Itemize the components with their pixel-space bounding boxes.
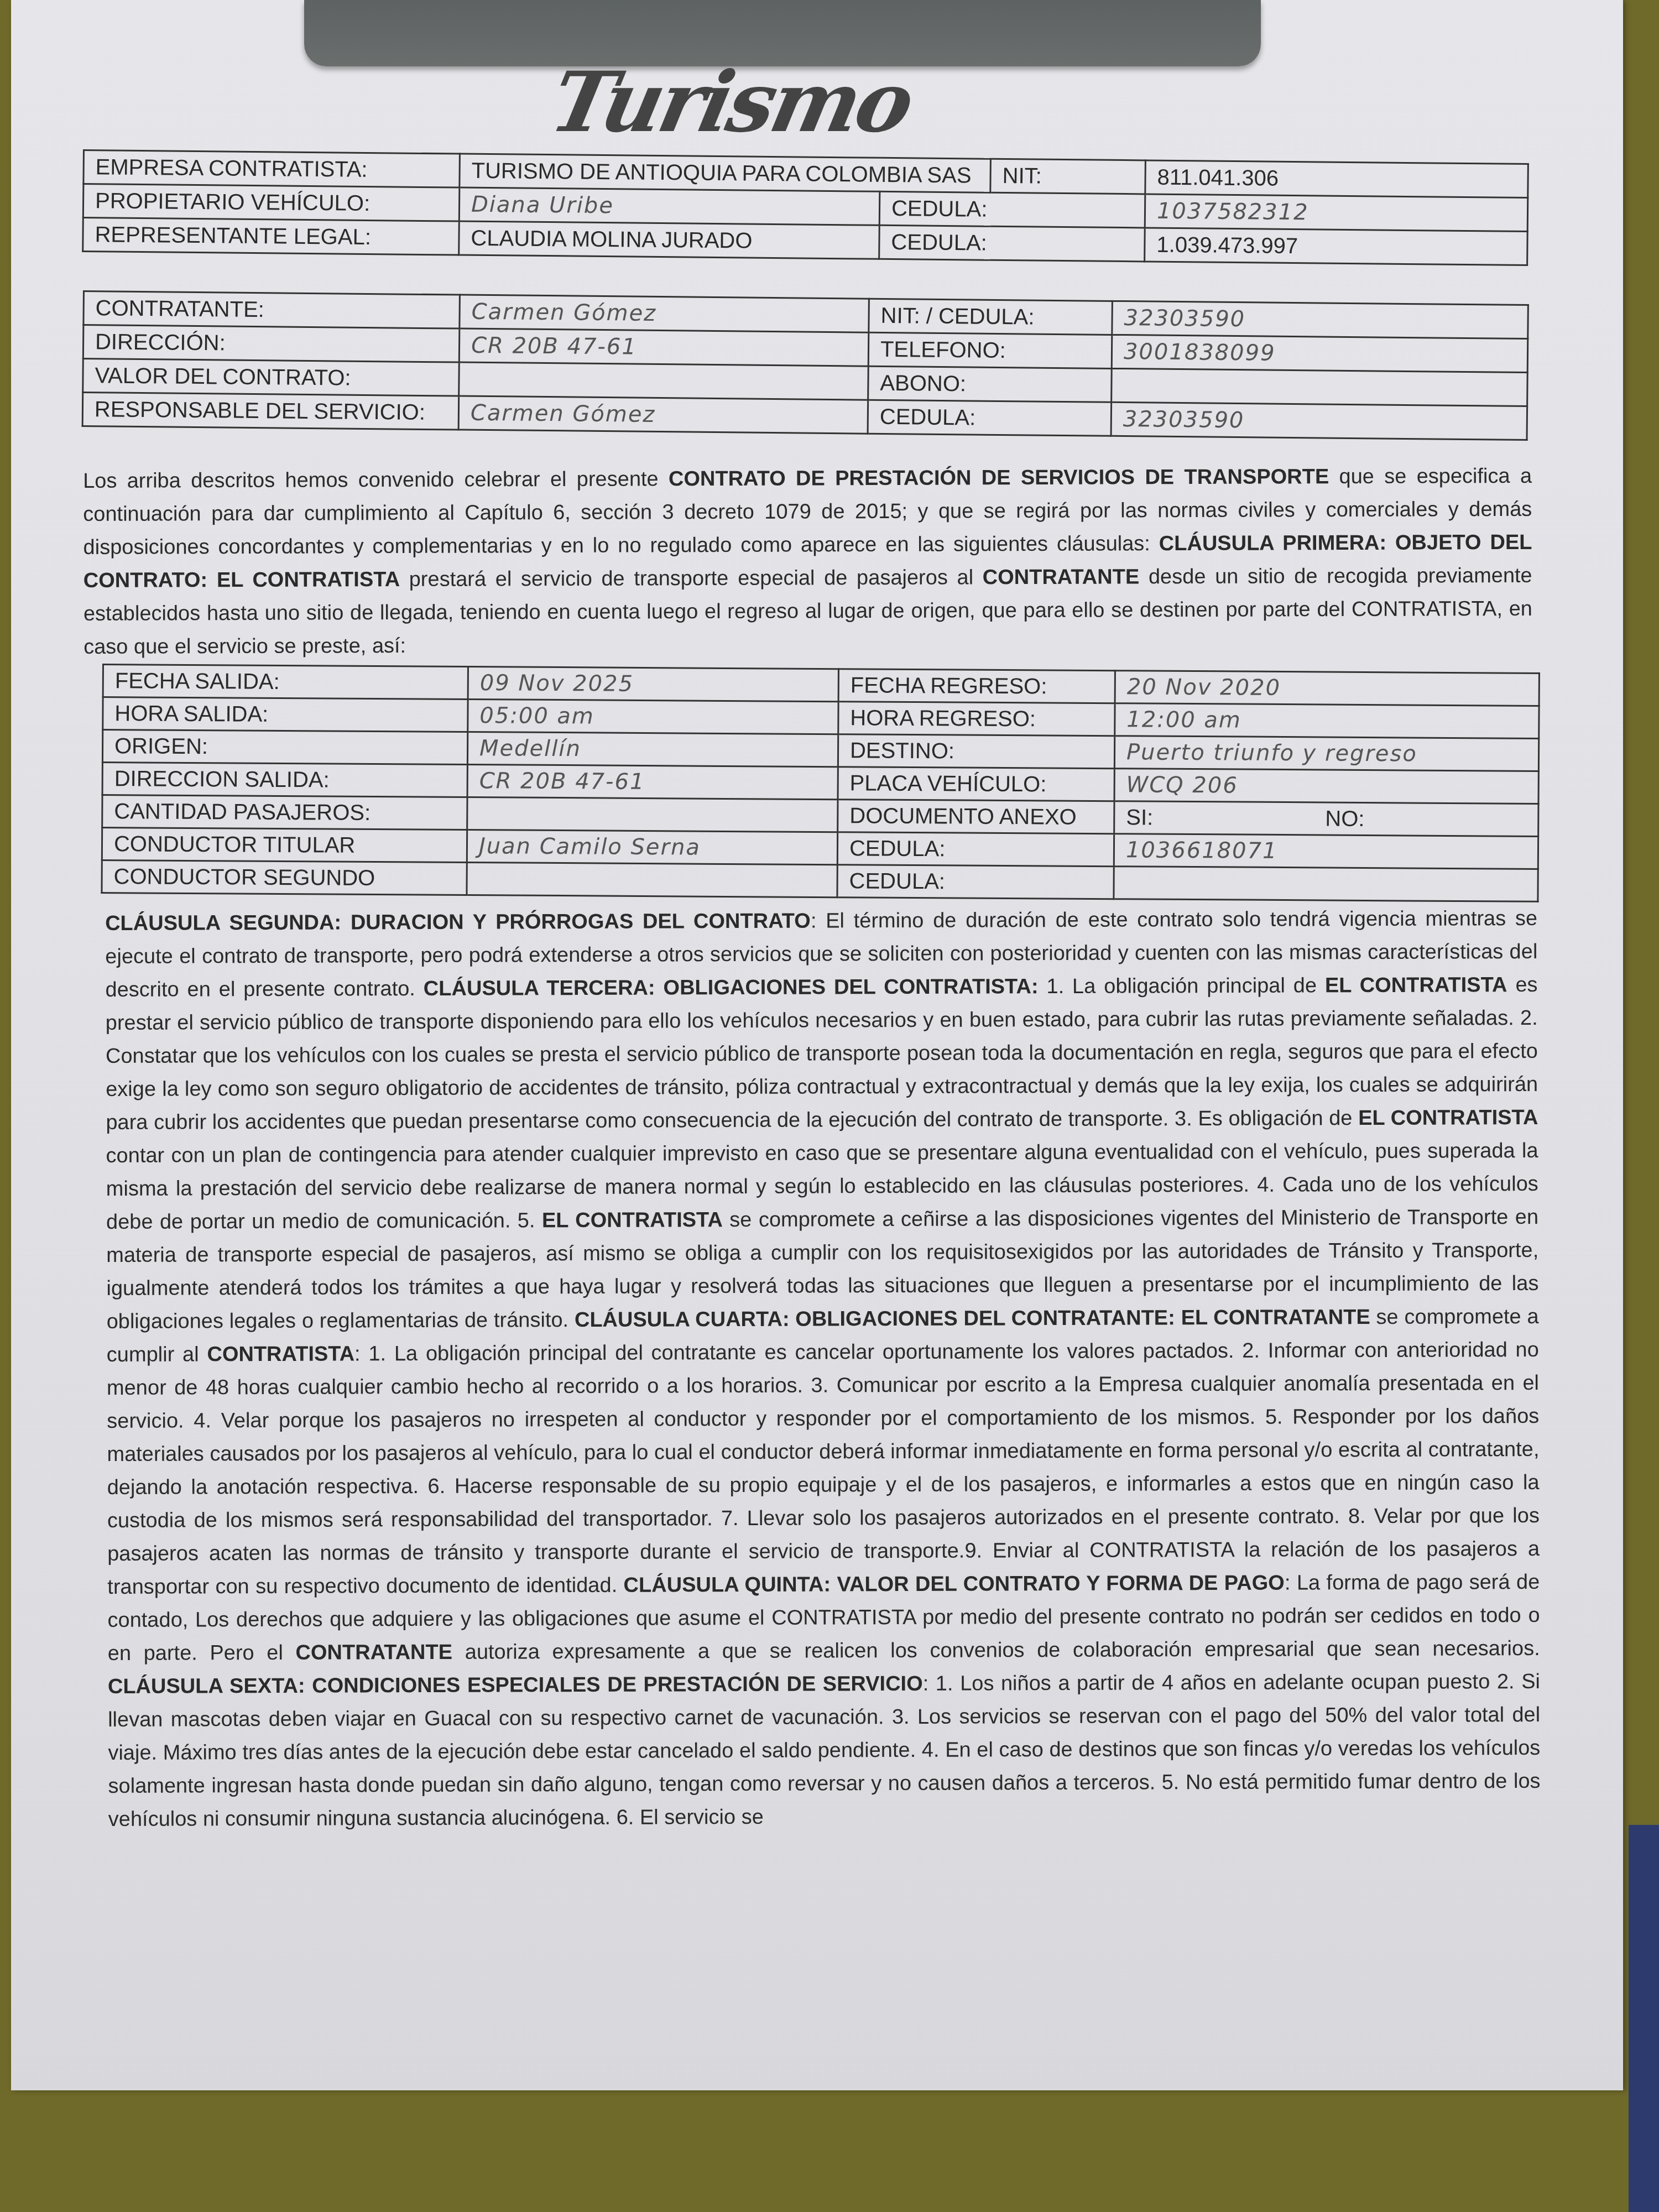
label-abono: ABONO: <box>868 366 1112 402</box>
label-contratante: CONTRATANTE: <box>84 291 460 329</box>
clause-heading: CLÁUSULA CUARTA: OBLIGACIONES DEL CONTRA… <box>575 1306 1370 1332</box>
label-conductor-segundo: CONDUCTOR SEGUNDO <box>102 860 467 895</box>
label-documento-anexo: DOCUMENTO ANEXO <box>838 800 1114 834</box>
clause-heading: CLÁUSULA TERCERA: OBLIGACIONES DEL CONTR… <box>424 975 1039 1000</box>
label-responsable: RESPONSABLE DEL SERVICIO: <box>82 393 459 430</box>
value-telefono: 3001838099 <box>1112 335 1528 372</box>
value-contratante: Carmen Gómez <box>460 295 869 332</box>
client-table: CONTRATANTE: Carmen Gómez NIT: / CEDULA:… <box>82 290 1529 441</box>
value-nit: 811.041.306 <box>1145 160 1528 198</box>
value-origen: Medellín <box>467 732 838 767</box>
label-valor: VALOR DEL CONTRATO: <box>83 359 460 397</box>
intro-text: prestará el servicio de transporte espec… <box>400 566 983 591</box>
label-representante-cedula: CEDULA: <box>879 225 1145 262</box>
documento-anexo-options: SI:NO: <box>1114 801 1538 837</box>
option-si[interactable]: SI: <box>1126 805 1325 831</box>
intro-paragraph: Los arriba descritos hemos convenido cel… <box>83 460 1532 664</box>
value-direccion: CR 20B 47-61 <box>459 328 869 366</box>
clause-text: 1. La obligación principal de <box>1038 974 1325 998</box>
clause-heading: CONTRATANTE <box>295 1641 452 1665</box>
label-conductor-titular: CONDUCTOR TITULAR <box>102 828 467 863</box>
value-cedula-titular: 1036618071 <box>1114 834 1538 869</box>
label-propietario: PROPIETARIO VEHÍCULO: <box>83 184 460 222</box>
label-destino: DESTINO: <box>838 734 1114 769</box>
clause-heading: CLÁUSULA SEGUNDA: DURACION Y PRÓRROGAS D… <box>105 910 811 935</box>
intro-contract-title: CONTRATO DE PRESTACIÓN DE SERVICIOS DE T… <box>669 465 1329 491</box>
value-propietario-cedula: 1037582312 <box>1145 194 1528 232</box>
company-logo: Turismo <box>545 64 1059 141</box>
clause-heading: CONTRATISTA <box>207 1342 354 1366</box>
value-fecha-salida: 09 Nov 2025 <box>468 667 838 702</box>
value-conductor-segundo <box>467 863 837 898</box>
background-object <box>1629 1825 1659 2212</box>
label-hora-salida: HORA SALIDA: <box>103 697 468 732</box>
clause-heading: CLÁUSULA QUINTA: VALOR DEL CONTRATO Y FO… <box>623 1572 1284 1597</box>
value-destino: Puerto triunfo y regreso <box>1114 736 1538 771</box>
intro-bold: CONTRATANTE <box>983 565 1140 589</box>
value-empresa: TURISMO DE ANTIOQUIA PARA COLOMBIA SAS <box>460 154 991 192</box>
label-nit: NIT: <box>990 159 1146 194</box>
option-no[interactable]: NO: <box>1325 806 1364 831</box>
label-fecha-salida: FECHA SALIDA: <box>103 665 468 700</box>
value-direccion-salida: CR 20B 47-61 <box>467 765 838 800</box>
company-table: EMPRESA CONTRATISTA: TURISMO DE ANTIOQUI… <box>82 149 1529 266</box>
label-empresa: EMPRESA CONTRATISTA: <box>84 150 460 188</box>
clauses-body: CLÁUSULA SEGUNDA: DURACION Y PRÓRROGAS D… <box>105 902 1541 1836</box>
value-representante-cedula: 1.039.473.997 <box>1145 228 1528 265</box>
value-hora-salida: 05:00 am <box>468 700 838 734</box>
trip-table: FECHA SALIDA: 09 Nov 2025 FECHA REGRESO:… <box>101 664 1540 902</box>
value-nit-cedula: 32303590 <box>1112 301 1528 338</box>
label-responsable-cedula: CEDULA: <box>868 400 1112 436</box>
intro-text: Los arriba descritos hemos convenido cel… <box>83 467 669 493</box>
label-hora-regreso: HORA REGRESO: <box>838 702 1115 736</box>
value-abono <box>1112 368 1528 406</box>
label-nit-cedula: NIT: / CEDULA: <box>869 299 1113 335</box>
value-cedula-segundo <box>1114 867 1538 902</box>
value-hora-regreso: 12:00 am <box>1115 703 1539 739</box>
clause-heading: CLÁUSULA SEXTA: CONDICIONES ESPECIALES D… <box>108 1672 923 1698</box>
label-propietario-cedula: CEDULA: <box>879 191 1145 228</box>
value-responsable: Carmen Gómez <box>458 396 868 434</box>
clause-text: : 1. La obligación principal del contrat… <box>107 1338 1540 1599</box>
value-fecha-regreso: 20 Nov 2020 <box>1115 671 1539 706</box>
label-fecha-regreso: FECHA REGRESO: <box>838 669 1115 703</box>
value-conductor-titular: Juan Camilo Serna <box>467 830 837 865</box>
label-origen: ORIGEN: <box>102 730 467 765</box>
value-placa: WCQ 206 <box>1114 769 1538 804</box>
value-representante: CLAUDIA MOLINA JURADO <box>459 221 880 259</box>
label-cedula-segundo: CEDULA: <box>837 865 1114 899</box>
clause-heading: EL CONTRATISTA <box>1325 973 1507 997</box>
label-direccion: DIRECCIÓN: <box>83 325 460 363</box>
label-placa: PLACA VEHÍCULO: <box>838 767 1114 801</box>
label-cedula-titular: CEDULA: <box>837 832 1114 867</box>
value-propietario: Diana Uribe <box>459 187 880 225</box>
label-telefono: TELEFONO: <box>868 332 1112 368</box>
clause-heading: EL CONTRATISTA <box>542 1208 723 1232</box>
value-responsable-cedula: 32303590 <box>1111 402 1527 440</box>
clause-heading: EL CONTRATISTA <box>1358 1106 1538 1130</box>
value-cantidad-pasajeros <box>467 797 838 832</box>
clause-text: autoriza expresamente a que se realicen … <box>452 1637 1540 1664</box>
label-cantidad-pasajeros: CANTIDAD PASAJEROS: <box>102 795 467 830</box>
label-direccion-salida: DIRECCION SALIDA: <box>102 763 467 797</box>
value-valor <box>459 362 869 400</box>
label-representante: REPRESENTANTE LEGAL: <box>83 218 460 255</box>
